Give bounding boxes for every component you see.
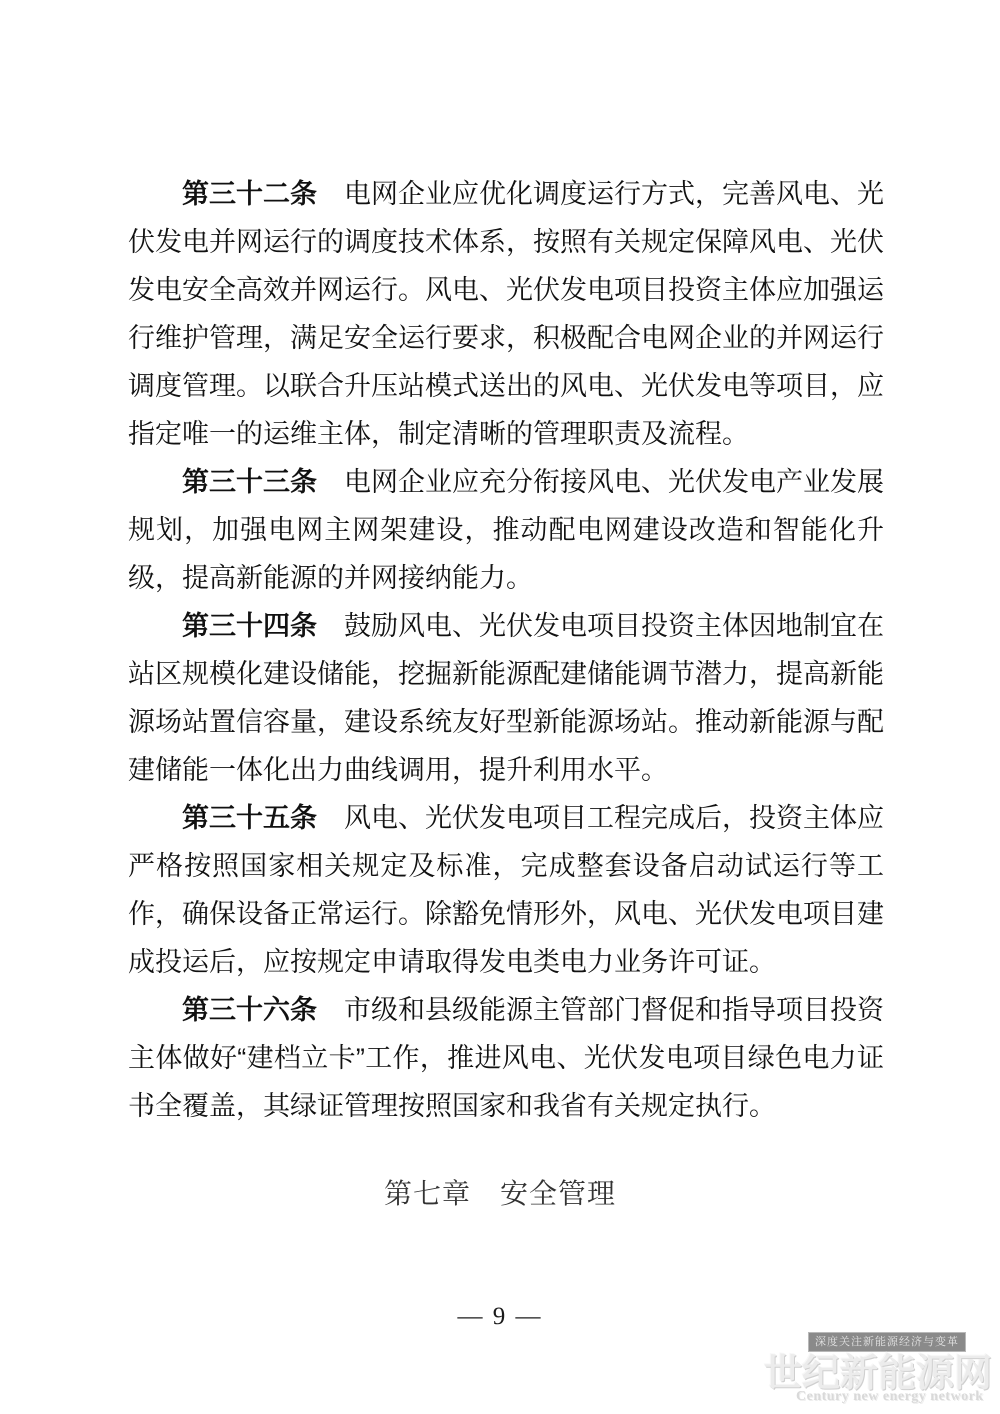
article-paragraph-33: 第三十三条电网企业应充分衔接风电、光伏发电产业发展规划，加强电网主网架建设，推动… — [128, 458, 884, 602]
article-number: 第三十六条 — [182, 995, 317, 1025]
watermark-english-subtitle: Century new energy network — [796, 1389, 984, 1405]
chapter-heading: 第七章 安全管理 — [0, 1172, 1000, 1212]
article-number: 第三十四条 — [182, 611, 317, 641]
article-paragraph-32: 第三十二条电网企业应优化调度运行方式，完善风电、光伏发电并网运行的调度技术体系，… — [128, 170, 884, 458]
page-number: — 9 — — [0, 1303, 1000, 1331]
article-paragraph-34: 第三十四条鼓励风电、光伏发电项目投资主体因地制宜在站区规模化建设储能，挖掘新能源… — [128, 602, 884, 794]
article-number: 第三十五条 — [182, 803, 317, 833]
article-text: 电网企业应优化调度运行方式，完善风电、光伏发电并网运行的调度技术体系，按照有关规… — [128, 179, 884, 449]
article-number: 第三十三条 — [182, 467, 317, 497]
watermark: 深度关注新能源经济与变革 世纪新能源网 Century new energy n… — [764, 1332, 998, 1412]
article-paragraph-36: 第三十六条市级和县级能源主管部门督促和指导项目投资主体做好“建档立卡”工作，推进… — [128, 986, 884, 1130]
document-body: 第三十二条电网企业应优化调度运行方式，完善风电、光伏发电并网运行的调度技术体系，… — [128, 170, 884, 1130]
article-number: 第三十二条 — [182, 179, 317, 209]
article-paragraph-35: 第三十五条风电、光伏发电项目工程完成后，投资主体应严格按照国家相关规定及标准，完… — [128, 794, 884, 986]
